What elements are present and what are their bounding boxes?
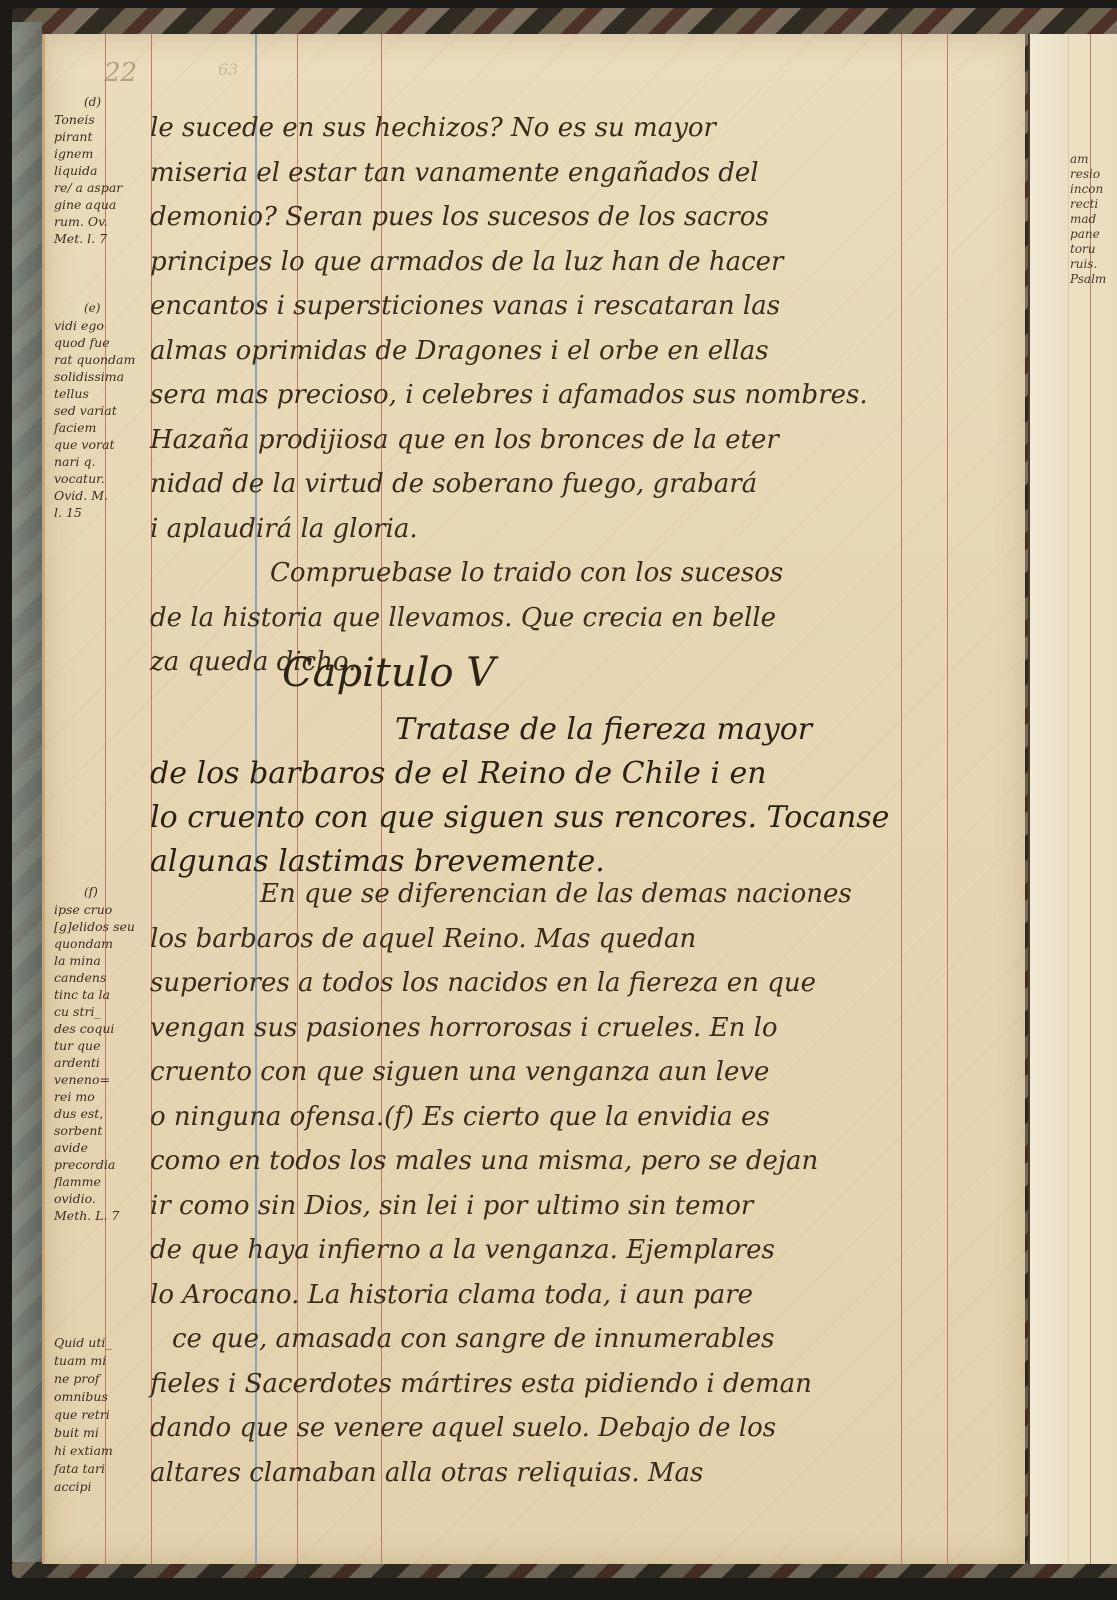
text-line: como en todos los males una misma, pero …	[150, 1139, 1000, 1184]
cover-edge	[12, 22, 42, 1562]
note-line: nari q.	[54, 453, 154, 470]
note-line: vocatur.	[54, 470, 154, 487]
text-line: le sucede en sus hechizos? No es su mayo…	[150, 106, 1000, 151]
note-line: faciem	[54, 419, 154, 436]
note-line: veneno=	[54, 1071, 154, 1088]
text-line: principes lo que armados de la luz han d…	[150, 240, 1000, 285]
text-line: de que haya infierno a la venganza. Ejem…	[150, 1228, 1000, 1273]
note-line: dus est,	[54, 1105, 154, 1122]
note-marker: (e)	[54, 300, 154, 317]
note-line: sed variat	[54, 402, 154, 419]
fragment-line: recti	[1070, 197, 1117, 212]
note-line: sorbent	[54, 1122, 154, 1139]
note-line: tinc ta la	[54, 986, 154, 1003]
note-line: quondam	[54, 935, 154, 952]
note-line: des coqui	[54, 1020, 154, 1037]
note-line: que vorat	[54, 436, 154, 453]
text-line: o ninguna ofensa.(f) Es cierto que la en…	[150, 1095, 1000, 1140]
text-line: nidad de la virtud de soberano fuego, gr…	[150, 462, 1000, 507]
text-line: vengan sus pasiones horrorosas i crueles…	[150, 1006, 1000, 1051]
note-line: candens	[54, 969, 154, 986]
text-line: ir como sin Dios, sin lei i por ultimo s…	[150, 1184, 1000, 1229]
note-line: tellus	[54, 385, 154, 402]
text-line: Hazaña prodijiosa que en los bronces de …	[150, 418, 1000, 463]
fragment-line: ruis.	[1070, 257, 1117, 272]
note-line: avide	[54, 1139, 154, 1156]
faint-mark: 63	[218, 60, 238, 79]
note-line: solidissima	[54, 368, 154, 385]
body-text-1: le sucede en sus hechizos? No es su mayo…	[150, 106, 1000, 685]
note-line: hi extiam	[54, 1442, 154, 1460]
note-line: Meth. L. 7	[54, 1207, 154, 1224]
chapter-summary: Tratase de la fiereza mayor de los barba…	[150, 708, 1010, 884]
summary-line: de los barbaros de el Reino de Chile i e…	[150, 752, 1010, 796]
note-line: [g]elidos seu	[54, 918, 154, 935]
note-line: liquida	[54, 162, 154, 179]
note-line: omnibus	[54, 1388, 154, 1406]
text-line: i aplaudirá la gloria.	[150, 507, 1000, 552]
text-line: cruento con que siguen una venganza aun …	[150, 1050, 1000, 1095]
note-line: tur que	[54, 1037, 154, 1054]
note-line: fata tari	[54, 1460, 154, 1478]
note-line: rat quondam	[54, 351, 154, 368]
text-line: ce que, amasada con sangre de innumerabl…	[150, 1317, 1000, 1362]
margin-note-d: (d) Toneis pirant ignem liquida re/ a as…	[54, 94, 154, 247]
text-line: En que se diferencian de las demas nacio…	[150, 872, 1000, 917]
text-line: encantos i supersticiones vanas i rescat…	[150, 284, 1000, 329]
text-line: demonio? Seran pues los sucesos de los s…	[150, 195, 1000, 240]
text-line: sera mas precioso, i celebres i afamados…	[150, 373, 1000, 418]
text-line: superiores a todos los nacidos en la fie…	[150, 961, 1000, 1006]
note-line: ignem	[54, 145, 154, 162]
note-line: rum. Ov.	[54, 213, 154, 230]
note-line: pirant	[54, 128, 154, 145]
note-line: Ovid. M.	[54, 487, 154, 504]
text-line: de la historia que llevamos. Que crecia …	[150, 596, 1000, 641]
note-line: la mina	[54, 952, 154, 969]
text-line: dando que se venere aquel suelo. Debajo …	[150, 1406, 1000, 1451]
facing-page-edge: am resio incon recti mad pane toru ruis.…	[1028, 34, 1117, 1564]
note-line: ipse cruo	[54, 901, 154, 918]
fragment-line: resio	[1070, 167, 1117, 182]
summary-line: lo cruento con que siguen sus rencores. …	[150, 796, 1010, 840]
note-line: rei mo	[54, 1088, 154, 1105]
note-line: Met. l. 7	[54, 230, 154, 247]
text-line: altares clamaban alla otras reliquias. M…	[150, 1451, 1000, 1496]
fragment-line: toru	[1070, 242, 1117, 257]
note-line: re/ a aspar	[54, 179, 154, 196]
note-line: Quid uti_	[54, 1334, 154, 1352]
note-line: ardenti	[54, 1054, 154, 1071]
text-line: fieles i Sacerdotes mártires esta pidien…	[150, 1362, 1000, 1407]
text-line: miseria el estar tan vanamente engañados…	[150, 151, 1000, 196]
note-line: flamme	[54, 1173, 154, 1190]
note-line: quod fue	[54, 334, 154, 351]
fragment-line: pane	[1070, 227, 1117, 242]
margin-note-f: (f) ipse cruo [g]elidos seu quondam la m…	[54, 884, 154, 1224]
margin-note-g: Quid uti_ tuam mi ne prof omnibus que re…	[54, 1334, 154, 1496]
note-line: ovidio.	[54, 1190, 154, 1207]
note-line: cu stri_	[54, 1003, 154, 1020]
note-marker: (f)	[54, 884, 154, 901]
text-line: almas oprimidas de Dragones i el orbe en…	[150, 329, 1000, 374]
note-line: accipi	[54, 1478, 154, 1496]
binding-stub	[1030, 34, 1069, 1564]
fragment-line: Psalm	[1070, 272, 1117, 287]
note-line: precordia	[54, 1156, 154, 1173]
page-number: 22	[104, 58, 137, 88]
note-line: buit mi	[54, 1424, 154, 1442]
text-line: los barbaros de aquel Reino. Mas quedan	[150, 917, 1000, 962]
note-line: que retri	[54, 1406, 154, 1424]
body-text-2: En que se diferencian de las demas nacio…	[150, 872, 1000, 1495]
note-line: ne prof	[54, 1370, 154, 1388]
note-line: gine aqua	[54, 196, 154, 213]
text-line: lo Arocano. La historia clama toda, i au…	[150, 1273, 1000, 1318]
chapter-heading: Capitulo V	[282, 650, 495, 696]
summary-line: Tratase de la fiereza mayor	[150, 708, 1010, 752]
fragment-line: incon	[1070, 182, 1117, 197]
note-line: vidi ego	[54, 317, 154, 334]
text-line: Compruebase lo traido con los sucesos	[150, 551, 1000, 596]
facing-page-text: am resio incon recti mad pane toru ruis.…	[1070, 152, 1117, 287]
note-line: Toneis	[54, 111, 154, 128]
note-line: l. 15	[54, 504, 154, 521]
fragment-line: am	[1070, 152, 1117, 167]
note-line: tuam mi	[54, 1352, 154, 1370]
fragment-line: mad	[1070, 212, 1117, 227]
margin-note-e: (e) vidi ego quod fue rat quondam solidi…	[54, 300, 154, 521]
note-marker: (d)	[54, 94, 154, 111]
text-line: za queda dicho.	[150, 640, 1000, 685]
